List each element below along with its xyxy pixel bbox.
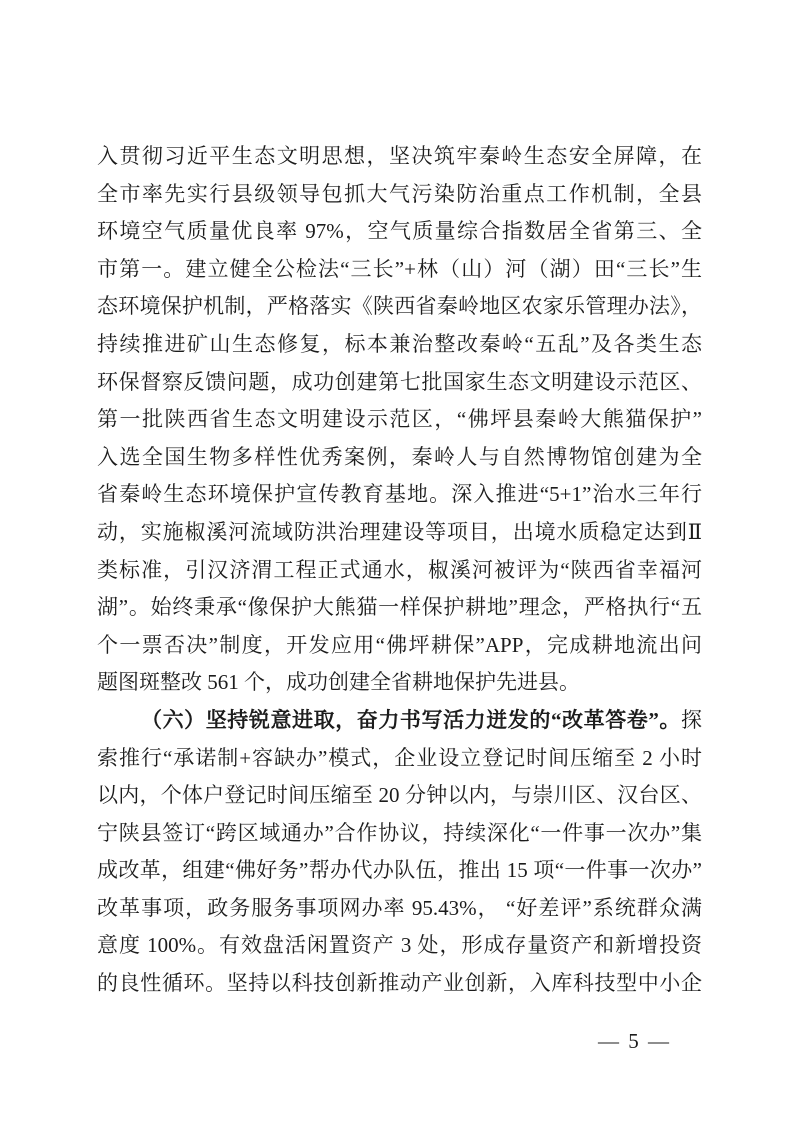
text-line: 态环境保护机制，严格落实《陕西省秦岭地区农家乐管理办法》，	[97, 288, 702, 326]
text-line: 湖”。始终秉承“像保护大熊猫一样保护耕地”理念，严格执行“五	[97, 589, 702, 627]
text-line: 入贯彻习近平生态文明思想，坚决筑牢秦岭生态安全屏障，在	[97, 138, 702, 176]
body-text: 探	[681, 708, 702, 732]
body-text: 湖”。始终秉承“像保护大熊猫一样保护耕地”理念，严格执行“五	[97, 595, 702, 619]
text-line: 成改革，组建“佛好务”帮办代办队伍，推出 15 项“一件事一次办”	[97, 852, 702, 890]
text-line: 以内，个体户登记时间压缩至 20 分钟以内，与崇川区、汉台区、	[97, 777, 702, 815]
body-text: 的良性循环。坚持以科技创新推动产业创新，入库科技型中小企	[97, 971, 702, 995]
body-text: 持续推进矿山生态修复，标本兼治整改秦岭“五乱”及各类生态	[97, 332, 702, 356]
body-text: 市第一。建立健全公检法“三长”+林（山）河（湖）田“三长”生	[97, 257, 702, 281]
body-text: 成改革，组建“佛好务”帮办代办队伍，推出 15 项“一件事一次办”	[97, 858, 702, 882]
body-text: 索推行“承诺制+容缺办”模式，企业设立登记时间压缩至 2 小时	[97, 746, 702, 770]
body-text: 全市率先实行县级领导包抓大气污染防治重点工作机制，全县	[97, 182, 702, 206]
body-text: 态环境保护机制，严格落实《陕西省秦岭地区农家乐管理办法》，	[97, 294, 702, 318]
text-line: 改革事项，政务服务事项网办率 95.43%， “好差评”系统群众满	[97, 890, 702, 928]
body-text: 动，实施椒溪河流域防洪治理建设等项目，出境水质稳定达到Ⅱ	[97, 520, 702, 544]
text-line: 环境空气质量优良率 97%，空气质量综合指数居全省第三、全	[97, 213, 702, 251]
text-line: 入选全国生物多样性优秀案例，秦岭人与自然博物馆创建为全	[97, 439, 702, 477]
text-line: 的良性循环。坚持以科技创新推动产业创新，入库科技型中小企	[97, 965, 702, 1003]
page-number: — 5 —	[598, 1026, 671, 1056]
body-text: 个一票否决”制度，开发应用“佛坪耕保”APP，完成耕地流出问	[97, 633, 702, 657]
body-text: 省秦岭生态环境保护宣传教育基地。深入推进“5+1”治水三年行	[97, 482, 702, 506]
body-text: 环境空气质量优良率 97%，空气质量综合指数居全省第三、全	[97, 219, 702, 243]
body-text: 环保督察反馈问题，成功创建第七批国家生态文明建设示范区、	[97, 370, 702, 394]
body-text: 题图斑整改 561 个，成功创建全省耕地保护先进县。	[97, 670, 580, 694]
body-text: 意度 100%。有效盘活闲置资产 3 处，形成存量资产和新增投资	[97, 933, 702, 957]
body-text: 入选全国生物多样性优秀案例，秦岭人与自然博物馆创建为全	[97, 445, 702, 469]
text-line: 个一票否决”制度，开发应用“佛坪耕保”APP，完成耕地流出问	[97, 627, 702, 665]
text-line: 类标准，引汉济渭工程正式通水，椒溪河被评为“陕西省幸福河	[97, 552, 702, 590]
text-line: 环保督察反馈问题，成功创建第七批国家生态文明建设示范区、	[97, 364, 702, 402]
text-line: 宁陕县签订“跨区域通办”合作协议，持续深化“一件事一次办”集	[97, 815, 702, 853]
text-line: 动，实施椒溪河流域防洪治理建设等项目，出境水质稳定达到Ⅱ	[97, 514, 702, 552]
text-line: 第一批陕西省生态文明建设示范区，“佛坪县秦岭大熊猫保护”	[97, 401, 702, 439]
body-text: 第一批陕西省生态文明建设示范区，“佛坪县秦岭大熊猫保护”	[97, 407, 702, 431]
body-text: 类标准，引汉济渭工程正式通水，椒溪河被评为“陕西省幸福河	[97, 558, 702, 582]
text-line: 题图斑整改 561 个，成功创建全省耕地保护先进县。	[97, 664, 702, 702]
document-page: 入贯彻习近平生态文明思想，坚决筑牢秦岭生态安全屏障，在全市率先实行县级领导包抓大…	[0, 0, 793, 1122]
body-text: 入贯彻习近平生态文明思想，坚决筑牢秦岭生态安全屏障，在	[97, 144, 702, 168]
document-body: 入贯彻习近平生态文明思想，坚决筑牢秦岭生态安全屏障，在全市率先实行县级领导包抓大…	[97, 138, 702, 1003]
text-line: 省秦岭生态环境保护宣传教育基地。深入推进“5+1”治水三年行	[97, 476, 702, 514]
body-text: 宁陕县签订“跨区域通办”合作协议，持续深化“一件事一次办”集	[97, 821, 702, 845]
text-line: 全市率先实行县级领导包抓大气污染防治重点工作机制，全县	[97, 176, 702, 214]
text-line: 市第一。建立健全公检法“三长”+林（山）河（湖）田“三长”生	[97, 251, 702, 289]
body-text: 改革事项，政务服务事项网办率 95.43%， “好差评”系统群众满	[97, 896, 702, 920]
body-text: 以内，个体户登记时间压缩至 20 分钟以内，与崇川区、汉台区、	[97, 783, 702, 807]
text-line: 索推行“承诺制+容缺办”模式，企业设立登记时间压缩至 2 小时	[97, 740, 702, 778]
text-line: 意度 100%。有效盘活闲置资产 3 处，形成存量资产和新增投资	[97, 927, 702, 965]
text-line: 持续推进矿山生态修复，标本兼治整改秦岭“五乱”及各类生态	[97, 326, 702, 364]
text-line: （六）坚持锐意进取，奋力书写活力迸发的“改革答卷”。探	[97, 702, 702, 740]
section-heading-text: （六）坚持锐意进取，奋力书写活力迸发的“改革答卷”。	[141, 708, 681, 732]
